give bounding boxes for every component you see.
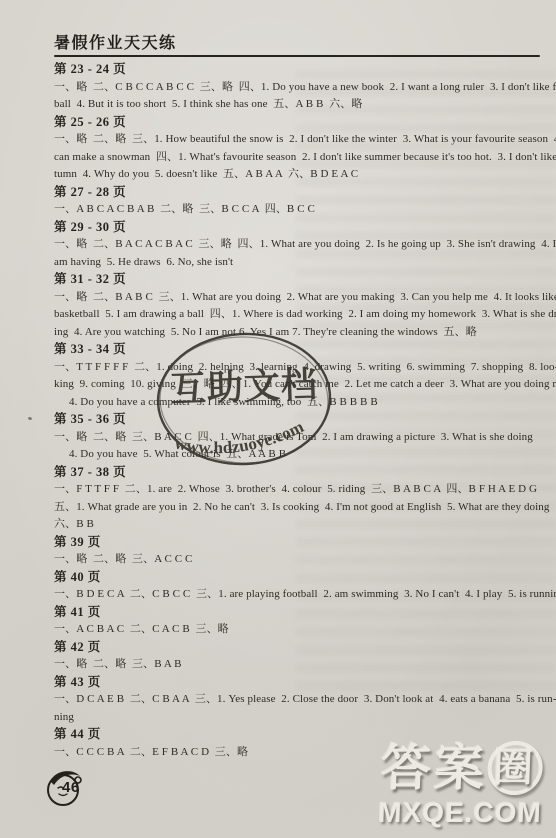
watermark-circled-char: 圈 <box>486 741 543 795</box>
section-page-range-title: 第 41 页 <box>54 604 548 622</box>
answer-section: 第 41 页一、A C B A C 二、C A C B 三、略 <box>54 604 548 639</box>
answer-section: 第 23 - 24 页一、略 二、C B C C A B C C 三、略 四、1… <box>54 61 548 114</box>
answer-line: 五、1. What grade are you in 2. No he can'… <box>54 499 548 517</box>
section-page-range-title: 第 25 - 26 页 <box>54 114 548 132</box>
watermark-site: MXQE.COM <box>356 797 556 829</box>
answer-line: 一、F T T F F 二、1. are 2. Whose 3. brother… <box>54 481 548 499</box>
section-page-range-title: 第 43 页 <box>54 674 548 692</box>
section-page-range-title: 第 23 - 24 页 <box>54 61 548 79</box>
section-page-range-title: 第 31 - 32 页 <box>54 271 548 289</box>
answer-line: 一、A C B A C 二、C A C B 三、略 <box>54 621 548 639</box>
answer-section: 第 25 - 26 页一、略 二、略 三、1. How beautiful th… <box>54 114 548 184</box>
ink-speck <box>28 416 33 420</box>
section-page-range-title: 第 27 - 28 页 <box>54 184 548 202</box>
answer-section: 第 39 页一、略 二、略 三、A C C C <box>54 534 548 569</box>
answer-line: 一、略 二、B A B C 三、1. What are you doing 2.… <box>54 289 548 307</box>
answer-section: 第 43 页一、D C A E B 二、C B A A 三、1. Yes ple… <box>54 674 548 727</box>
section-page-range-title: 第 39 页 <box>54 534 548 552</box>
section-page-range-title: 第 42 页 <box>54 639 548 657</box>
stamp-title: 互助文档 <box>169 364 318 409</box>
answer-line: am having 5. He draws 6. No, she isn't <box>54 254 548 272</box>
answer-line: tumn 4. Why do you 5. doesn't like 五、A B… <box>54 166 548 184</box>
answer-section: 第 42 页一、略 二、略 三、B A B <box>54 639 548 674</box>
answer-line: 一、略 二、略 三、B A B <box>54 656 548 674</box>
answer-line: ball 4. But it is too short 5. I think s… <box>54 96 548 114</box>
watermark-brand: 答案圈 <box>358 740 556 796</box>
answer-line: 六、B B <box>54 516 548 534</box>
answer-line: 一、B D E C A 二、C B C C 三、1. are playing f… <box>54 586 548 604</box>
section-page-range-title: 第 40 页 <box>54 569 548 587</box>
answer-section: 第 40 页一、B D E C A 二、C B C C 三、1. are pla… <box>54 569 548 604</box>
answer-line: 一、D C A E B 二、C B A A 三、1. Yes please 2.… <box>54 691 548 709</box>
watermark-brand-text: 答案 <box>380 740 488 796</box>
booklet-title: 暑假作业天天练 <box>54 30 177 53</box>
answer-line: ning <box>54 709 548 727</box>
stamp-url: www.hdzuoye.com <box>173 417 307 457</box>
answer-line: 一、略 二、略 三、A C C C <box>54 551 548 569</box>
page-number: 46 <box>62 779 80 796</box>
scanned-paper-background: 暑假作业天天练 第 23 - 24 页一、略 二、C B C C A B C C… <box>0 0 556 838</box>
helper-doc-stamp: 互助文档 www.hdzuoye.com <box>152 327 336 475</box>
answer-line: 一、略 二、略 三、1. How beautiful the snow is 2… <box>54 131 548 149</box>
answer-line: 一、略 二、C B C C A B C C 三、略 四、1. Do you ha… <box>54 79 548 97</box>
section-page-range-title: 第 29 - 30 页 <box>54 219 548 237</box>
answer-section: 第 27 - 28 页一、A B C A C B A B 二、略 三、B C C… <box>54 184 548 219</box>
answer-line: 一、A B C A C B A B 二、略 三、B C C A 四、B C C <box>54 201 548 219</box>
answer-circle-watermark: 答案圈 MXQE.COM <box>356 740 556 829</box>
answer-line: can make a snowman 四、1. What's favourite… <box>54 149 548 167</box>
answer-line: 一、略 二、B A C A C B A C 三、略 四、1. What are … <box>54 236 548 254</box>
svg-text:www.hdzuoye.com: www.hdzuoye.com <box>173 417 307 457</box>
answer-line: basketball 5. I am drawing a ball 四、1. W… <box>54 306 548 324</box>
answer-section: 第 29 - 30 页一、略 二、B A C A C B A C 三、略 四、1… <box>54 219 548 272</box>
header-rule <box>54 55 540 57</box>
